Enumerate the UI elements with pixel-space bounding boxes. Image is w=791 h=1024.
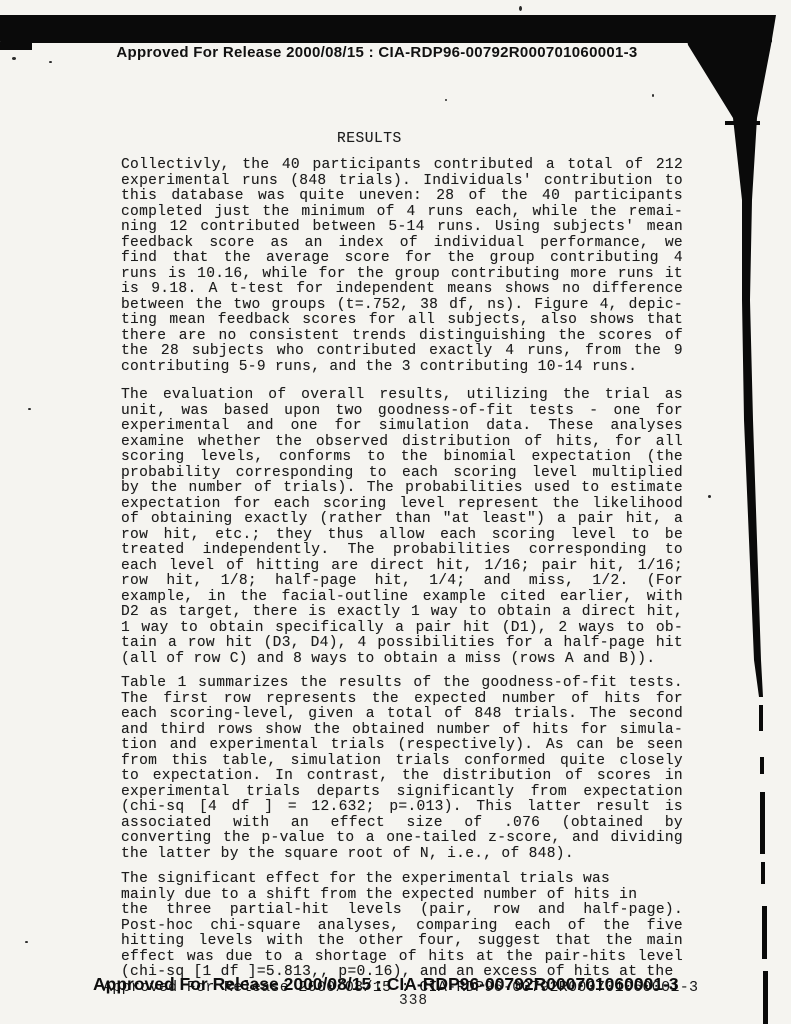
text-line: treated independently. The probabilities… xyxy=(121,543,683,559)
text-line: each scoring-level, given a total of 848… xyxy=(121,707,683,723)
text-line: (chi-sq [4 df ] = 12.632; p=.013). This … xyxy=(121,800,683,816)
text-line: experimental runs (848 trials). Individu… xyxy=(121,174,683,190)
scan-edge-artifact xyxy=(680,0,791,1024)
ink-speck xyxy=(519,6,522,11)
text-line: Collectivly, the 40 participants contrib… xyxy=(121,158,683,174)
text-line: each level of hitting are direct hit, 1/… xyxy=(121,559,683,575)
ink-speck xyxy=(28,408,31,410)
ink-speck xyxy=(445,99,447,101)
text-line: Table 1 summarizes the results of the go… xyxy=(121,676,683,692)
text-line: feedback score as an index of individual… xyxy=(121,236,683,252)
text-line: D2 as target, there is exactly 1 way to … xyxy=(121,605,683,621)
page-number: 338 xyxy=(399,993,428,1009)
text-line: the three partial-hit levels (pair, row … xyxy=(121,903,683,919)
text-line: between the two groups (t=.752, 38 df, n… xyxy=(121,298,683,314)
text-line: runs is 10.16, while for the group contr… xyxy=(121,267,683,283)
text-line: of obtaining exactly (rather than "at le… xyxy=(121,512,683,528)
text-line: tion and experimental trials (respective… xyxy=(121,738,683,754)
text-line: experimental trials departs significantl… xyxy=(121,785,683,801)
text-line: mainly due to a shift from the expected … xyxy=(121,888,683,904)
text-line: hitting levels with the other four, sugg… xyxy=(121,934,683,950)
text-line: row hit, 1/8; half-page hit, 1/4; and mi… xyxy=(121,574,683,590)
text-line: associated with an effect size of .076 (… xyxy=(121,816,683,832)
text-line: find that the average score for the grou… xyxy=(121,251,683,267)
ink-speck xyxy=(25,941,28,943)
text-line: and third rows show the obtained number … xyxy=(121,723,683,739)
text-line: probability corresponding to each scorin… xyxy=(121,466,683,482)
header-release-stamp: Approved For Release 2000/08/15 : CIA-RD… xyxy=(0,44,754,61)
section-title: RESULTS xyxy=(337,131,402,147)
text-line: completed just the minimum of 4 runs eac… xyxy=(121,205,683,221)
ink-speck xyxy=(652,94,654,97)
text-line: The significant effect for the experimen… xyxy=(121,872,683,888)
text-line: (all of row C) and 8 ways to obtain a mi… xyxy=(121,652,683,668)
text-line: unit, was based upon two goodness-of-fit… xyxy=(121,404,683,420)
scanned-document-page: Approved For Release 2000/08/15 : CIA-RD… xyxy=(0,0,791,1024)
paragraph-2: The evaluation of overall results, utili… xyxy=(121,388,683,667)
text-line: to expectation. In contrast, the distrib… xyxy=(121,769,683,785)
redaction-bar-artifact xyxy=(0,15,772,43)
text-line: this database was quite uneven: 28 of th… xyxy=(121,189,683,205)
text-line: is 9.18. A t-test for independent means … xyxy=(121,282,683,298)
text-line: example, in the facial-outline example c… xyxy=(121,590,683,606)
text-line: effect was due to a shortage of hits at … xyxy=(121,950,683,966)
text-line: by the number of trials). The probabilit… xyxy=(121,481,683,497)
text-line: examine whether the observed distributio… xyxy=(121,435,683,451)
text-line: experimental and one for simulation data… xyxy=(121,419,683,435)
text-line: scoring levels, conforms to the binomial… xyxy=(121,450,683,466)
paragraph-3: Table 1 summarizes the results of the go… xyxy=(121,676,683,862)
ink-speck xyxy=(708,495,711,498)
text-line: the 28 subjects who contributed exactly … xyxy=(121,344,683,360)
footer-release-stamp: Approved For Release 2000/08/15 : CIA-RD… xyxy=(93,974,679,995)
text-line: the latter by the square root of N, i.e.… xyxy=(121,847,683,863)
text-line: ning 12 contributed between 5-14 runs. U… xyxy=(121,220,683,236)
text-line: from this table, simulation trials confo… xyxy=(121,754,683,770)
text-line: there are no consistent trends distingui… xyxy=(121,329,683,345)
text-line: 1 way to obtain specifically a pair hit … xyxy=(121,621,683,637)
text-line: row hit, etc.; they thus allow each scor… xyxy=(121,528,683,544)
text-line: tain a row hit (D3, D4), 4 possibilities… xyxy=(121,636,683,652)
ink-speck xyxy=(49,61,52,63)
text-line: Post-hoc chi-square analyses, comparing … xyxy=(121,919,683,935)
text-line: ting mean feedback scores for all subjec… xyxy=(121,313,683,329)
text-line: The first row represents the expected nu… xyxy=(121,692,683,708)
paragraph-4: The significant effect for the experimen… xyxy=(121,872,683,981)
paragraph-1: Collectivly, the 40 participants contrib… xyxy=(121,158,683,375)
text-line: The evaluation of overall results, utili… xyxy=(121,388,683,404)
text-line: contributing 5-9 runs, and the 3 contrib… xyxy=(121,360,683,376)
text-line: converting the p-value to a one-tailed z… xyxy=(121,831,683,847)
text-line: expectation for each scoring level repre… xyxy=(121,497,683,513)
